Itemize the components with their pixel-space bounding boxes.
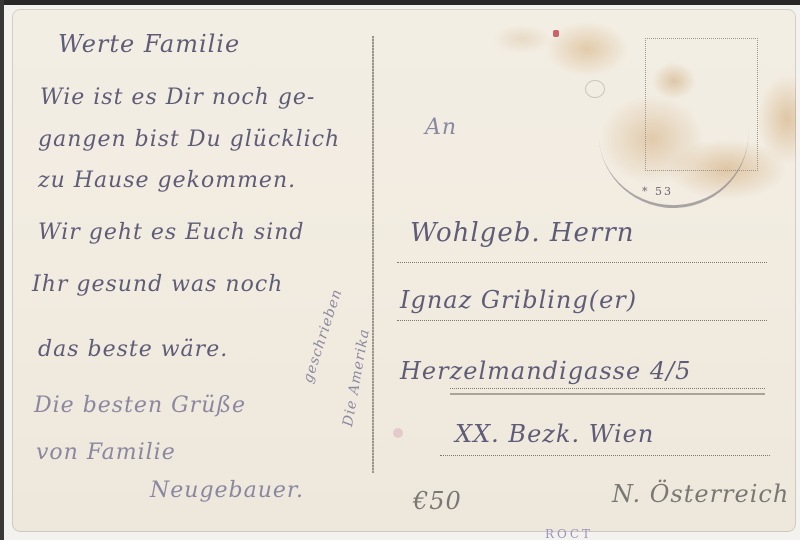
address-salutation: An bbox=[425, 115, 457, 140]
message-line-5: Wir geht es Euch sind bbox=[38, 220, 304, 245]
scan-frame-left bbox=[0, 0, 4, 540]
address-rule-2 bbox=[397, 320, 767, 321]
address-rule-3 bbox=[450, 388, 765, 389]
message-line-8: Die besten Grüße bbox=[34, 393, 246, 418]
pink-blot bbox=[393, 428, 403, 438]
postmark-text: * 53 bbox=[642, 185, 673, 198]
address-line-1: Wohlgeb. Herrn bbox=[410, 218, 635, 248]
message-line-2: Wie ist es Dir noch ge- bbox=[40, 85, 315, 110]
message-line-7: das beste wäre. bbox=[38, 337, 228, 362]
partial-purple-stamp: ROCT bbox=[545, 527, 593, 540]
message-line-6: Ihr gesund was noch bbox=[32, 272, 283, 297]
message-line-3: gangen bist Du glücklich bbox=[38, 127, 340, 152]
signature: Neugebauer. bbox=[150, 478, 304, 503]
pencil-note: €50 bbox=[413, 487, 462, 515]
address-rule-3-solid bbox=[450, 393, 765, 395]
address-line-4: XX. Bezk. Wien bbox=[455, 420, 654, 448]
scan-frame-top bbox=[0, 0, 800, 5]
address-rule-1 bbox=[397, 262, 767, 263]
ghost-circle-mark bbox=[585, 80, 605, 98]
address-country: N. Österreich bbox=[612, 480, 789, 508]
address-rule-4 bbox=[440, 455, 770, 456]
center-divider bbox=[372, 36, 374, 473]
address-line-3: Herzelmandigasse 4/5 bbox=[400, 357, 691, 385]
message-line-4: zu Hause gekommen. bbox=[38, 168, 296, 193]
address-line-2: Ignaz Gribling(er) bbox=[400, 286, 637, 314]
message-line-1: Werte Familie bbox=[58, 30, 240, 58]
red-ink-mark bbox=[553, 30, 559, 37]
message-line-9: von Familie bbox=[36, 440, 176, 465]
